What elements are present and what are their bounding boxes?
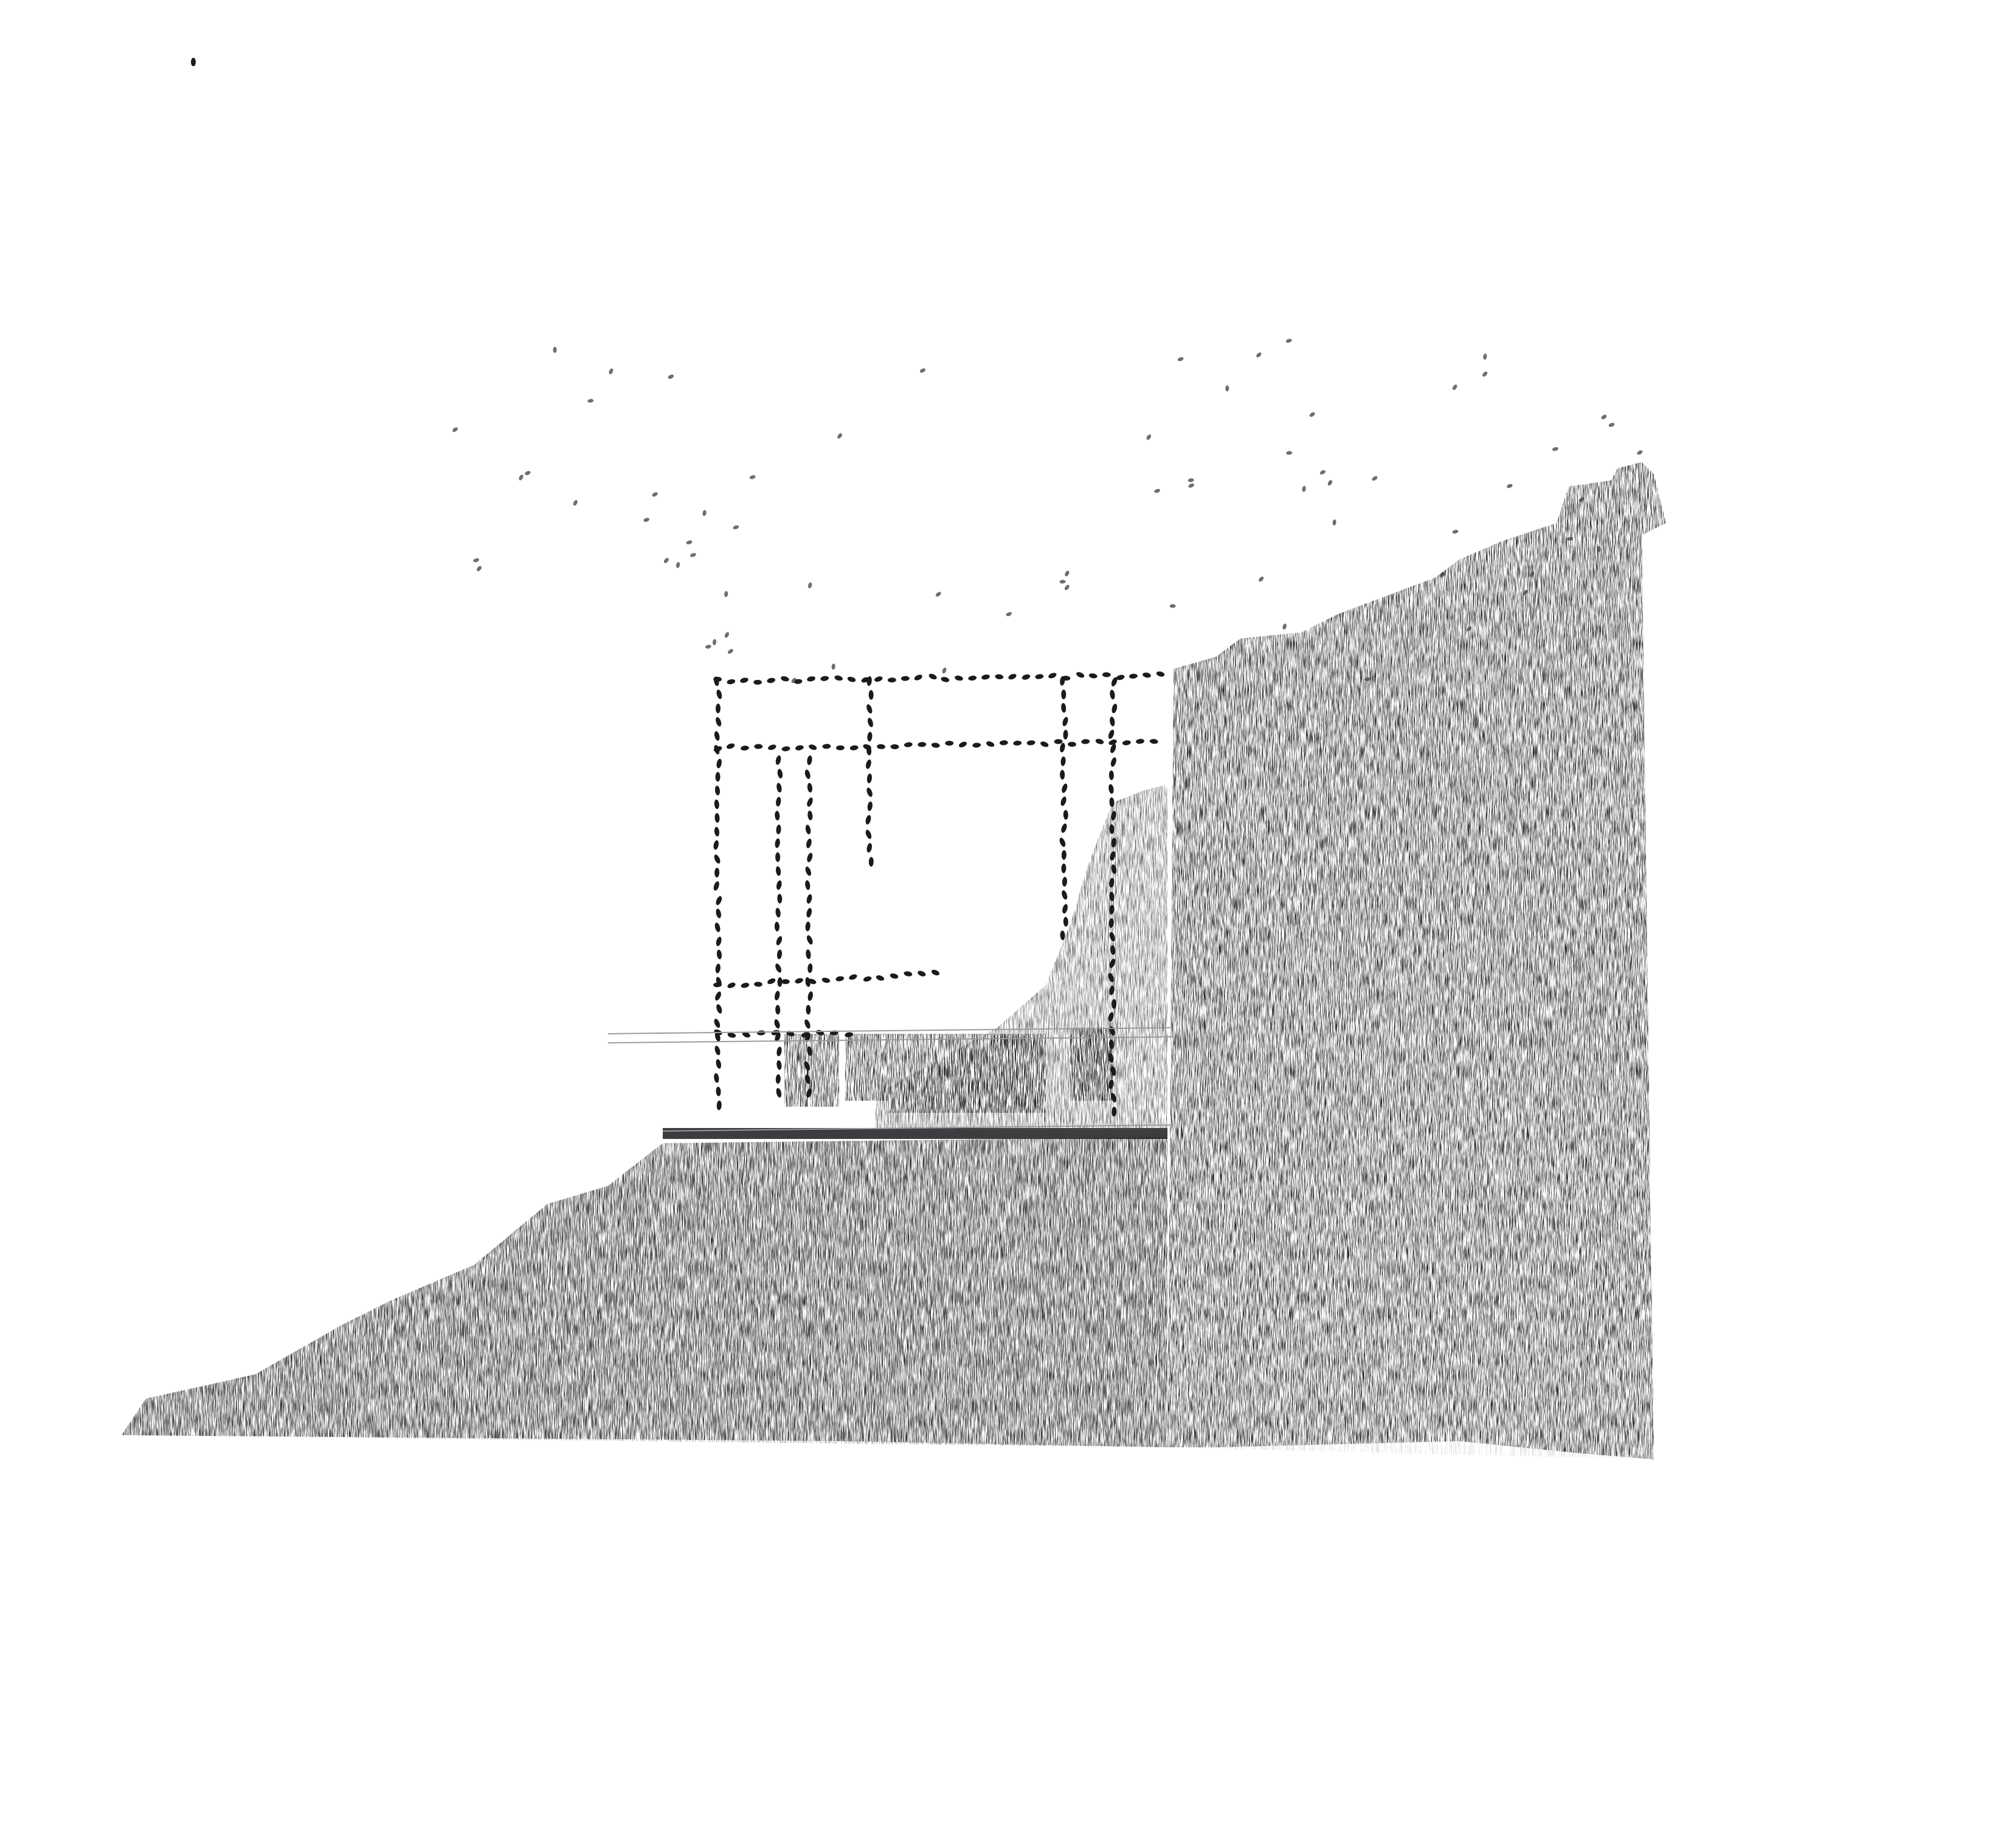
rock-mass bbox=[1167, 462, 1666, 1459]
charcoal-section-drawing bbox=[0, 0, 2009, 1848]
hillside-terrain bbox=[122, 1128, 1167, 1447]
foliage-behind-glazing bbox=[784, 784, 1167, 1131]
